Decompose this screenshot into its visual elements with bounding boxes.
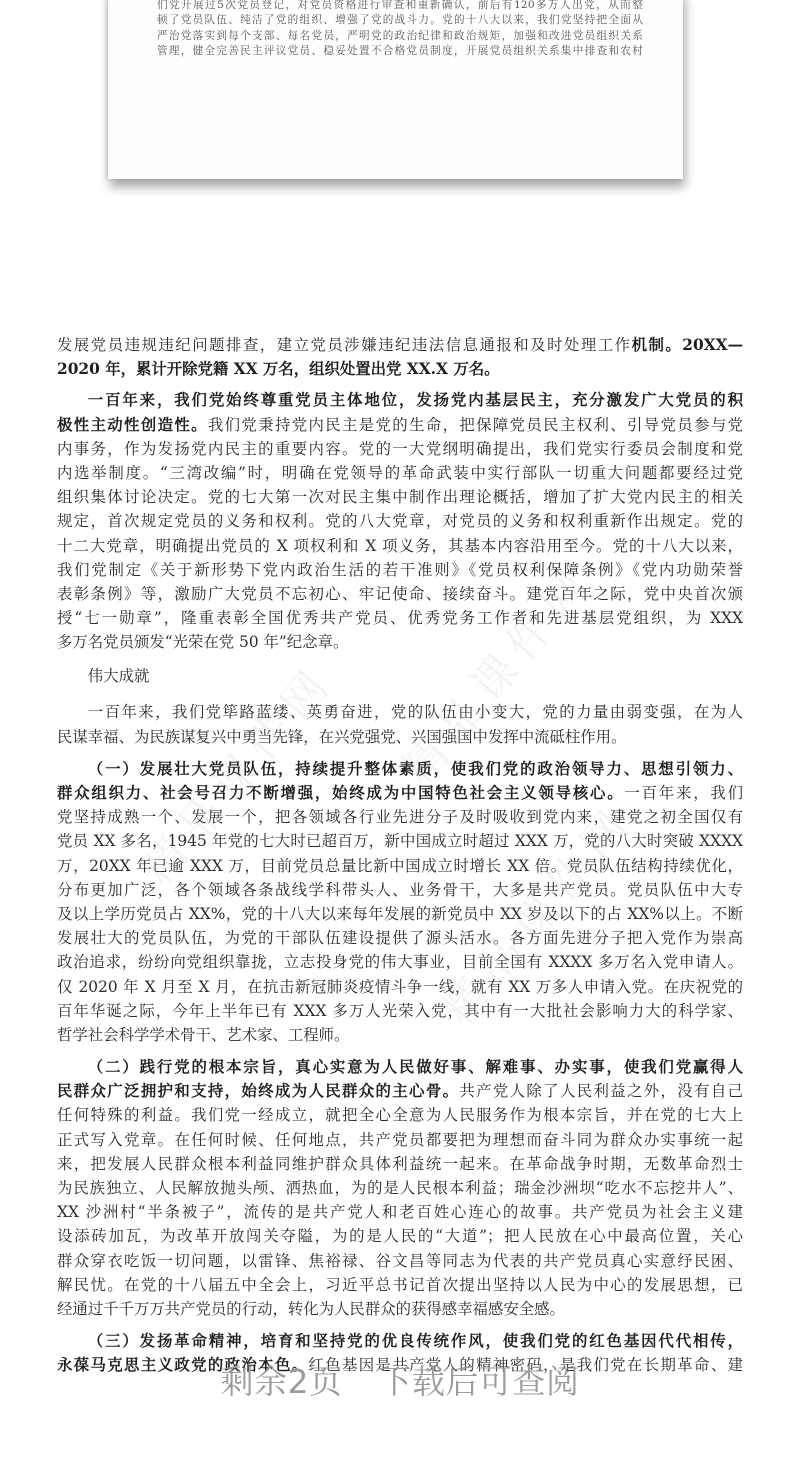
text-normal: 组织集体讨论决定。党的七大第一次对民主集中制作出理论概括，增加了扩大党内民主的相… (57, 488, 743, 506)
text-line: （三）发扬革命精神，培育和坚持党的优良传统作风，使我们党的红色基因代代相传， (57, 1329, 743, 1353)
text-line: 规定，首次规定党员的义务和权利。党的八大党章，对党员的义务和权利重新作出规定。党… (57, 509, 743, 533)
text-normal: 万，20XX 年已逾 XXX 万，目前党员总量比新中国成立时增长 XX 倍。党员… (57, 857, 743, 875)
text-normal: 民谋幸福、为民族谋复兴中勇当先锋，在兴党强党、兴国强国中发挥中流砥柱作用。 (57, 728, 626, 746)
text-line: 发展壮大的党员队伍，为党的干部队伍建设提供了源头活水。各方面先进分子把入党作为崇… (57, 926, 743, 950)
text-normal: 党员 XX 多名，1945 年党的七大时已超百万，新中国成立时超过 XXX 万，… (57, 832, 743, 850)
text-bold: （二）践行党的根本宗旨，真心实意为人民做好事、解难事、办实事，使我们党赢得人 (88, 1058, 743, 1076)
text-bold: 2020 年，累计开除党籍 XX 万名，组织处置出党 XX.X 万名。 (57, 360, 500, 378)
text-normal: 我们党制定《关于新形势下党内政治生活的若干准则》《党员权利保障条例》《党内功勋荣… (57, 561, 743, 579)
text-normal: 我们党秉持党内民主是党的生命，把保障党员民主权利、引导党员参与党 (208, 416, 743, 434)
text-normal: 表彰条例》等，激励广大党员不忘初心、牢记使命、接续奋斗。建党百年之际，党中央首次… (57, 585, 743, 603)
text-bold: 一百年来，我们党始终尊重党员主体地位，发扬党内基层民主，充分激发广大党员的积 (88, 391, 743, 409)
text-line: 一百年来，我们党筚路蓝缕、英勇奋进，党的队伍由小变大，党的力量由弱变强，在为人 (57, 700, 743, 724)
text-normal: 设添砖加瓦，为改革开放闯关夺隘，为的是人民的“大道”；把人民放在心中最高位置，关… (57, 1227, 743, 1245)
text-bold: （三）发扬革命精神，培育和坚持党的优良传统作风，使我们党的红色基因代代相传， (88, 1332, 743, 1350)
section-heading: 伟大成就 (57, 664, 743, 688)
text-normal: 群众穿衣吃饭一切问题，以雷锋、焦裕禄、谷文昌等同志为代表的共产党员真心实意纾民困… (57, 1252, 743, 1270)
text-line: 组织集体讨论决定。党的七大第一次对民主集中制作出理论概括，增加了扩大党内民主的相… (57, 485, 743, 509)
text-normal: 一百年来，我们 (624, 784, 743, 802)
text-line: 仅 2020 年 X 月至 X 月，在抗击新冠肺炎疫情斗争一线，就有 XX 万多… (57, 975, 743, 999)
preview-line: 顿了党员队伍、纯洁了党的组织、增强了党的战斗力。党的十八大以来，我们党坚持把全面… (157, 13, 643, 28)
text-line: 民谋幸福、为民族谋复兴中勇当先锋，在兴党强党、兴国强国中发挥中流砥柱作用。 (57, 725, 743, 749)
text-line: （二）践行党的根本宗旨，真心实意为人民做好事、解难事、办实事，使我们党赢得人 (57, 1055, 743, 1079)
text-bold: 群众组织力、社会号召力不断增强，始终成为中国特色社会主义领导核心。 (57, 784, 624, 802)
text-normal: 发展壮大的党员队伍，为党的干部队伍建设提供了源头活水。各方面先进分子把入党作为崇… (57, 929, 743, 947)
text-normal: 解民忧。在党的十八届五中全会上，习近平总书记首次提出坚持以人民为中心的发展思想，… (57, 1276, 743, 1294)
text-normal: 分布更加广泛，各个领域各条战线学科带头人、业务骨干，大多是共产党员。党员队伍中大… (57, 881, 743, 899)
text-line: （一）发展壮大党员队伍，持续提升整体素质，使我们党的政治领导力、思想引领力、 (57, 757, 743, 781)
text-bold: 极性主动性创造性。 (57, 416, 208, 434)
text-line: 十二大党章，明确提出党员的 X 项权利和 X 项义务，其基本内容沿用至今。党的十… (57, 534, 743, 558)
preview-line: 严治党落实到每个支部、每名党员，严明党的政治纪律和政治规矩，加强和改进党员组织关… (157, 29, 643, 44)
text-line: 经通过千千万万共产党员的行动，转化为人民群众的获得感幸福感安全感。 (57, 1297, 743, 1321)
text-line: 表彰条例》等，激励广大党员不忘初心、牢记使命、接续奋斗。建党百年之际，党中央首次… (57, 582, 743, 606)
text-line: 党员 XX 多名，1945 年党的七大时已超百万，新中国成立时超过 XXX 万，… (57, 829, 743, 853)
preview-line: 们党开展过5次党员登记，对党员资格进行审查和重新确认，前后有120多万人出党，从… (157, 0, 643, 13)
text-line: 来，把发展人民群众根本利益同维护群众具体利益统一起来。在革命战争时期，无数革命烈… (57, 1152, 743, 1176)
text-line: 政治追求，纷纷向党组织靠拢，立志投身党的伟大事业，目前全国有 XXXX 多万名入… (57, 950, 743, 974)
text-line: 内选举制度。“三湾改编”时，明确在党领导的革命武装中实行部队一切重大问题都要经过… (57, 461, 743, 485)
paragraph-p3: （一）发展壮大党员队伍，持续提升整体素质，使我们党的政治领导力、思想引领力、 群… (57, 757, 743, 1047)
text-line: 设添砖加瓦，为改革开放闯关夺隘，为的是人民的“大道”；把人民放在心中最高位置，关… (57, 1224, 743, 1248)
text-normal: 为民族独立、人民解放抛头颅、洒热血，为的是人民根本利益；瑞金沙洲坝“吃水不忘挖井… (57, 1179, 743, 1197)
paragraph-p1: 一百年来，我们党始终尊重党员主体地位，发扬党内基层民主，充分激发广大党员的积 极… (57, 388, 743, 654)
text-bold: 机制。20XX— (632, 336, 743, 354)
text-normal: 内选举制度。“三湾改编”时，明确在党领导的革命武装中实行部队一切重大问题都要经过… (57, 464, 743, 482)
preview-page-card: 们党开展过5次党员登记，对党员资格进行审查和重新确认，前后有120多万人出党，从… (108, 0, 683, 179)
paragraph-p4: （二）践行党的根本宗旨，真心实意为人民做好事、解难事、办实事，使我们党赢得人 民… (57, 1055, 743, 1321)
text-normal: 正式写入党章。在任何时候、任何地点，共产党员都要把为理想而奋斗同为群众办实事统一… (57, 1131, 743, 1149)
document-body: 发展党员违规违纪问题排查，建立党员涉嫌违纪违法信息通报和及时处理工作机制。20X… (57, 333, 743, 1378)
text-line: 内事务，作为发扬党内民主的重要内容。党的一大党纲明确提出，我们党实行委员会制度和… (57, 437, 743, 461)
text-line: 及以上学历党员占 XX%，党的十八大以来每年发展的新党员中 XX 岁及以下的占 … (57, 902, 743, 926)
text-normal: 任何特殊的利益。我们党一经成立，就把全心全意为人民服务作为根本宗旨，并在党的七大… (57, 1106, 743, 1124)
text-line: 授“七一勋章”，隆重表彰全国优秀共产党员、优秀党务工作者和先进基层党组织，为 X… (57, 606, 743, 630)
text-line: 党坚持成熟一个、发展一个，把各领域各行业先进分子及时吸收到党内来，建党之初全国仅… (57, 805, 743, 829)
text-line: 发展党员违规违纪问题排查，建立党员涉嫌违纪违法信息通报和及时处理工作机制。20X… (57, 333, 743, 357)
text-line: 正式写入党章。在任何时候、任何地点，共产党员都要把为理想而奋斗同为群众办实事统一… (57, 1128, 743, 1152)
text-line: 民群众广泛拥护和支持，始终成为人民群众的主心骨。共产党人除了人民利益之外，没有自… (57, 1079, 743, 1103)
text-line: XX 沙洲村“半条被子”，流传的是共产党人和老百姓心连心的故事。共产党员为社会主… (57, 1200, 743, 1224)
text-normal: 授“七一勋章”，隆重表彰全国优秀共产党员、优秀党务工作者和先进基层党组织，为 X… (57, 609, 743, 627)
text-normal: 党坚持成熟一个、发展一个，把各领域各行业先进分子及时吸收到党内来，建党之初全国仅… (57, 808, 743, 826)
text-line: 万，20XX 年已逾 XXX 万，目前党员总量比新中国成立时增长 XX 倍。党员… (57, 854, 743, 878)
download-prompt[interactable]: 剩余2页下载后可查阅 (0, 1356, 800, 1403)
text-bold: 民群众广泛拥护和支持，始终成为人民群众的主心骨。 (57, 1082, 459, 1100)
text-line: 任何特殊的利益。我们党一经成立，就把全心全意为人民服务作为根本宗旨，并在党的七大… (57, 1103, 743, 1127)
text-line: 极性主动性创造性。我们党秉持党内民主是党的生命，把保障党员民主权利、引导党员参与… (57, 413, 743, 437)
text-normal: 经通过千千万万共产党员的行动，转化为人民群众的获得感幸福感安全感。 (57, 1300, 565, 1318)
preview-line: 管理，健全完善民主评议党员、稳妥处置不合格党员制度，开展党员组织关系集中排查和农… (157, 44, 643, 59)
text-normal: 规定，首次规定党员的义务和权利。党的八大党章，对党员的义务和权利重新作出规定。党… (57, 512, 743, 530)
paragraph-p2: 一百年来，我们党筚路蓝缕、英勇奋进，党的队伍由小变大，党的力量由弱变强，在为人 … (57, 700, 743, 748)
text-normal: 来，把发展人民群众根本利益同维护群众具体利益统一起来。在革命战争时期，无数革命烈… (57, 1155, 743, 1173)
remaining-pages-label: 剩余2页 (221, 1362, 343, 1401)
text-normal: 哲学社会科学学术骨干、艺术家、工程师。 (57, 1026, 349, 1044)
text-line: 百年华诞之际，今年上半年已有 XXX 多万人光荣入党，其中有一大批社会影响力大的… (57, 999, 743, 1023)
text-line: 解民忧。在党的十八届五中全会上，习近平总书记首次提出坚持以人民为中心的发展思想，… (57, 1273, 743, 1297)
text-normal: 及以上学历党员占 XX%，党的十八大以来每年发展的新党员中 XX 岁及以下的占 … (57, 905, 743, 923)
text-normal: 百年华诞之际，今年上半年已有 XXX 多万人光荣入党，其中有一大批社会影响力大的… (57, 1002, 743, 1020)
text-normal: 多万名党员颁发“光荣在党 50 年”纪念章。 (57, 633, 348, 651)
text-normal: 十二大党章，明确提出党员的 X 项权利和 X 项义务，其基本内容沿用至今。党的十… (57, 537, 743, 555)
text-bold: （一）发展壮大党员队伍，持续提升整体素质，使我们党的政治领导力、思想引领力、 (88, 760, 743, 778)
text-line: 群众组织力、社会号召力不断增强，始终成为中国特色社会主义领导核心。一百年来，我们 (57, 781, 743, 805)
text-line: 多万名党员颁发“光荣在党 50 年”纪念章。 (57, 630, 743, 654)
paragraph-p0: 发展党员违规违纪问题排查，建立党员涉嫌违纪违法信息通报和及时处理工作机制。20X… (57, 333, 743, 381)
text-normal: 政治追求，纷纷向党组织靠拢，立志投身党的伟大事业，目前全国有 XXXX 多万名入… (57, 953, 743, 971)
text-normal: 内事务，作为发扬党内民主的重要内容。党的一大党纲明确提出，我们党实行委员会制度和… (57, 440, 743, 458)
text-line: 为民族独立、人民解放抛头颅、洒热血，为的是人民根本利益；瑞金沙洲坝“吃水不忘挖井… (57, 1176, 743, 1200)
text-normal: 仅 2020 年 X 月至 X 月，在抗击新冠肺炎疫情斗争一线，就有 XX 万多… (57, 978, 743, 996)
download-to-view-label: 下载后可查阅 (379, 1362, 580, 1401)
text-line: 群众穿衣吃饭一切问题，以雷锋、焦裕禄、谷文昌等同志为代表的共产党员真心实意纾民困… (57, 1249, 743, 1273)
text-normal: 共产党人除了人民利益之外，没有自己 (459, 1082, 743, 1100)
text-normal: 发展党员违规违纪问题排查，建立党员涉嫌违纪违法信息通报和及时处理工作 (57, 336, 632, 354)
text-line: 分布更加广泛，各个领域各条战线学科带头人、业务骨干，大多是共产党员。党员队伍中大… (57, 878, 743, 902)
preview-page-text: 们党开展过5次党员登记，对党员资格进行审查和重新确认，前后有120多万人出党，从… (157, 0, 643, 59)
text-line: 我们党制定《关于新形势下党内政治生活的若干准则》《党员权利保障条例》《党内功勋荣… (57, 558, 743, 582)
text-line: 一百年来，我们党始终尊重党员主体地位，发扬党内基层民主，充分激发广大党员的积 (57, 388, 743, 412)
text-normal: XX 沙洲村“半条被子”，流传的是共产党人和老百姓心连心的故事。共产党员为社会主… (57, 1203, 743, 1221)
text-line: 哲学社会科学学术骨干、艺术家、工程师。 (57, 1023, 743, 1047)
section-heading-text: 伟大成就 (88, 667, 150, 685)
text-line: 2020 年，累计开除党籍 XX 万名，组织处置出党 XX.X 万名。 (57, 357, 743, 381)
text-normal: 一百年来，我们党筚路蓝缕、英勇奋进，党的队伍由小变大，党的力量由弱变强，在为人 (88, 703, 743, 721)
